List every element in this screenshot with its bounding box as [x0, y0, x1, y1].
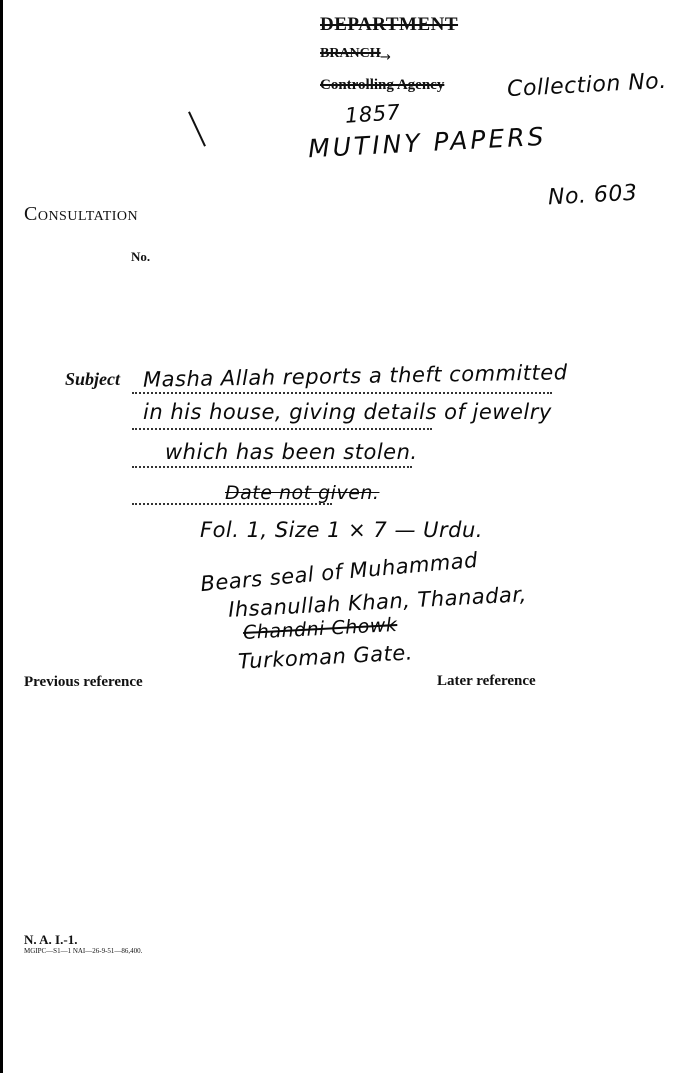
printer-imprint: MGIPC—S1—1 NAI—26-9-51—86,400. [24, 947, 142, 955]
collection-number: Collection No. 61 [506, 67, 675, 102]
controlling-agency-label: Controlling Agency [320, 77, 444, 94]
folio-note: Fol. 1, Size 1 × 7 — Urdu. [200, 518, 483, 542]
later-reference-label: Later reference [437, 673, 536, 690]
consultation-number-label: No. [131, 249, 150, 265]
subject-line-3: which has been stolen. [165, 440, 418, 464]
branch-label: BRANCH [320, 46, 381, 62]
date-note: Date not given. [225, 482, 379, 504]
series-title: MUTINY PAPERS [307, 122, 547, 163]
dotted-line [132, 428, 432, 430]
subject-line-1: Masha Allah reports a theft committed [143, 360, 568, 391]
file-number: No. 603 [547, 181, 638, 211]
form-id: N. A. I.-1. [24, 932, 77, 948]
dotted-line [132, 466, 412, 468]
department-label: DEPARTMENT [320, 14, 458, 36]
subject-line-2: in his house, giving details of jewelry [143, 400, 552, 424]
year: 1857 [344, 100, 401, 128]
previous-reference-label: Previous reference [24, 674, 143, 691]
seal-note-line-3: Turkoman Gate. [237, 640, 413, 673]
consultation-title: Consultation [24, 203, 138, 226]
subject-label: Subject [65, 369, 120, 390]
arrow-icon: → [380, 50, 391, 65]
dotted-line [132, 392, 552, 394]
pen-tick-mark [188, 111, 206, 146]
scan-border [0, 0, 3, 1073]
